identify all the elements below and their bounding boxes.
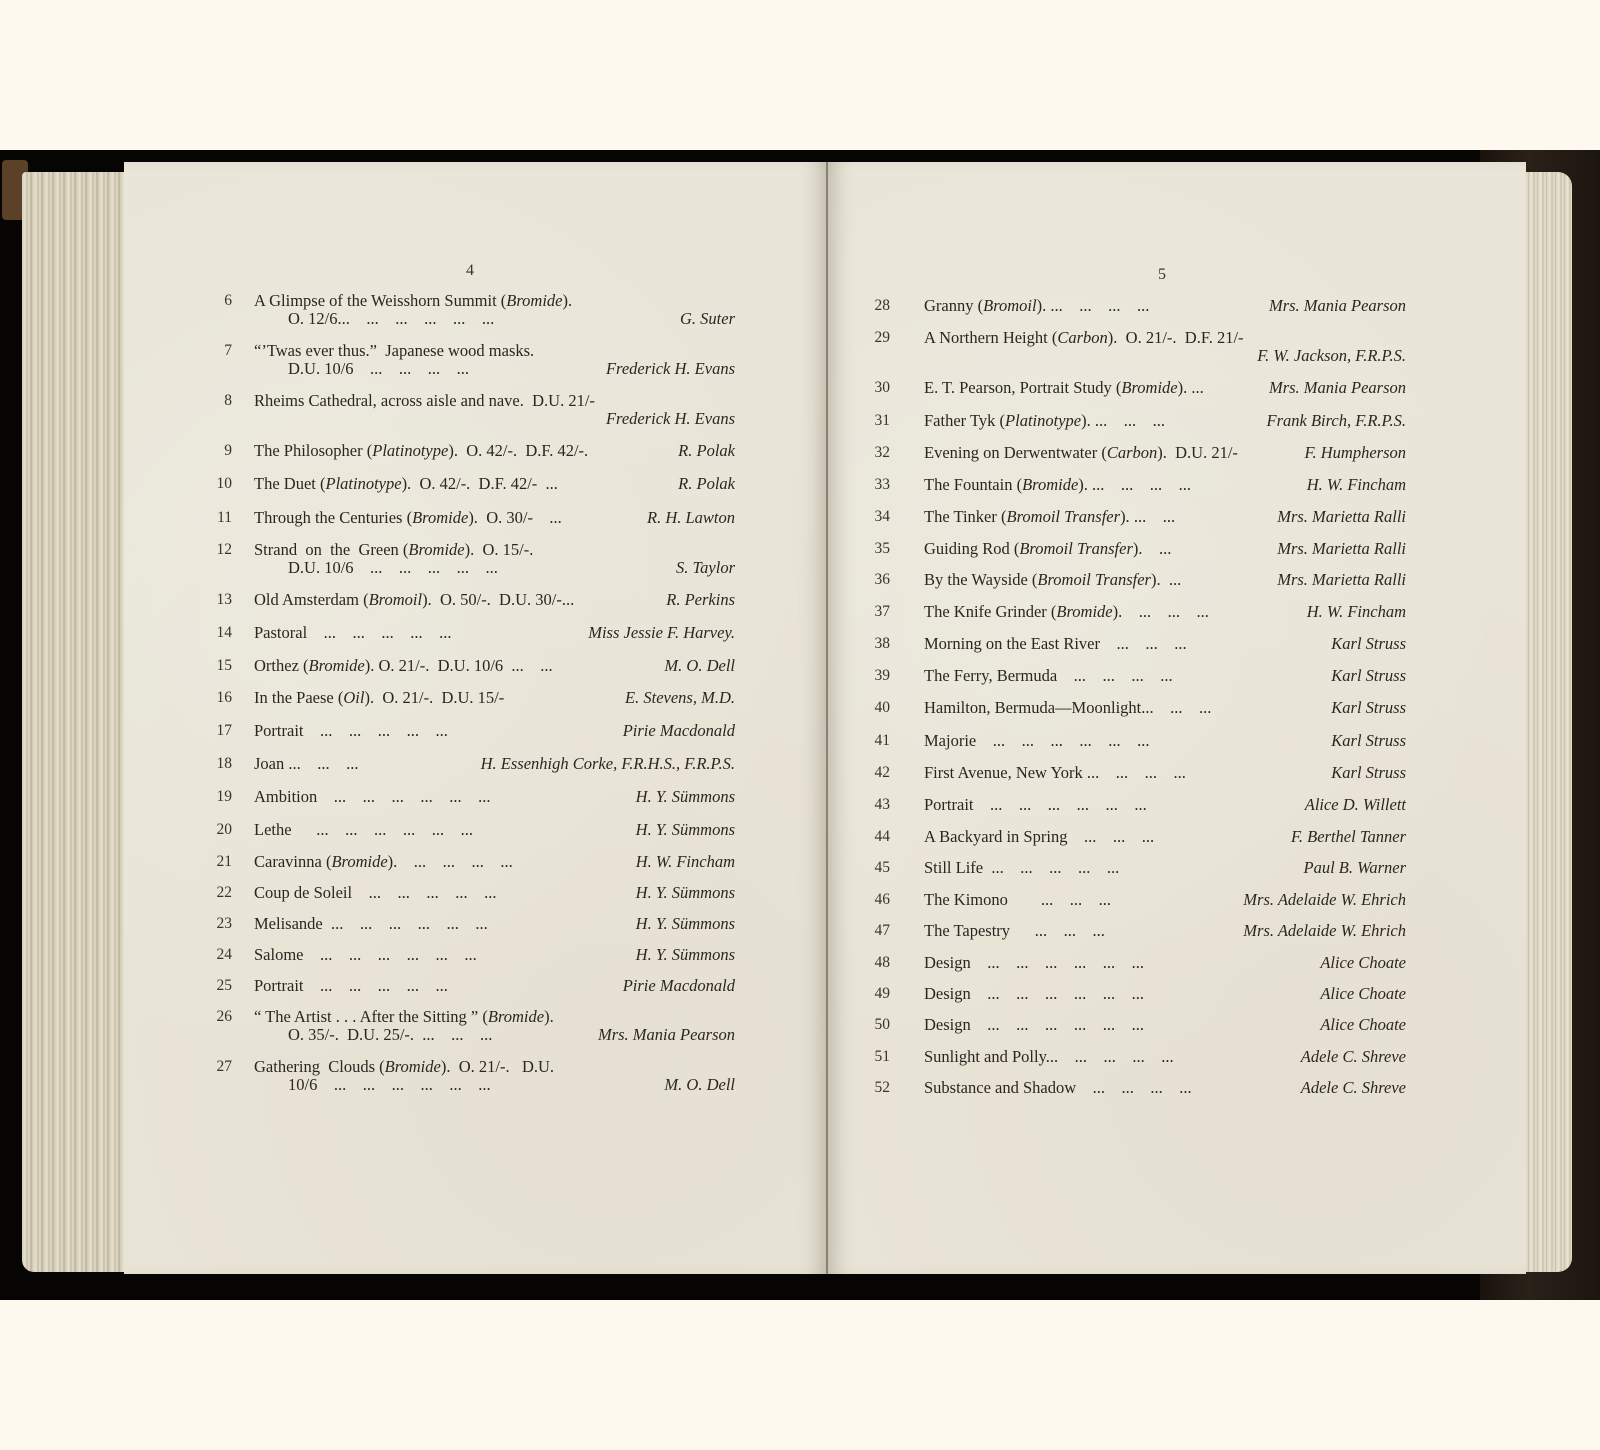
title-text: A Backyard in Spring ... ... ... <box>924 827 1154 846</box>
process-type: Bromide <box>1022 475 1078 494</box>
artist-name: Karl Struss <box>1331 635 1406 653</box>
entry-title: First Avenue, New York ... ... ... ... <box>924 764 1186 782</box>
title-text: The Fountain <box>924 475 1012 494</box>
process-type: Bromide <box>412 508 468 527</box>
title-text: Sunlight and Polly... ... ... ... ... <box>924 1047 1174 1066</box>
entry-title: Gathering Clouds (Bromide). O. 21/-. D.U… <box>254 1058 554 1076</box>
entry-title: A Glimpse of the Weisshorn Summit (Bromi… <box>254 292 572 310</box>
entry-title: Old Amsterdam (Bromoil). O. 50/-. D.U. 3… <box>254 591 574 609</box>
entry-title: Granny (Bromoil). ... ... ... ... <box>924 297 1149 315</box>
artist-name: F. Humpherson <box>1305 444 1406 462</box>
process-type: Platinotype <box>1005 411 1081 430</box>
entry-number: 28 <box>864 297 890 315</box>
artist-name: H. Y. Sümmons <box>636 821 735 839</box>
entry-title: Salome ... ... ... ... ... ... <box>254 946 477 964</box>
page-edges-left <box>22 172 128 1272</box>
artist-name: H. W. Fincham <box>1307 603 1406 621</box>
price-info: O. 15/-. <box>474 540 533 559</box>
artist-name: R. Polak <box>678 442 735 460</box>
entry-number: 31 <box>864 412 890 430</box>
title-text: The Ferry, Bermuda ... ... ... ... <box>924 666 1173 685</box>
price-info: ... ... ... <box>1091 411 1165 430</box>
left-page: 4 6A Glimpse of the Weisshorn Summit (Br… <box>124 162 828 1274</box>
entry-number: 36 <box>864 571 890 589</box>
entry-title: Strand on the Green (Bromide). O. 15/-. <box>254 541 533 559</box>
artist-name: H. W. Fincham <box>636 853 735 871</box>
price-info: O. 21/-. D.U. 10/6 ... ... <box>374 656 552 675</box>
artist-name: R. Polak <box>678 475 735 493</box>
artist-name: Alice Choate <box>1320 954 1406 972</box>
artist-name: Frank Birch, F.R.P.S. <box>1267 412 1406 430</box>
title-text: The Philosopher <box>254 441 363 460</box>
price-info: O. 21/-. D.F. 21/- <box>1117 328 1243 347</box>
artist-name: M. O. Dell <box>664 657 735 675</box>
catalogue-entry: 27Gathering Clouds (Bromide). O. 21/-. D… <box>206 1058 735 1098</box>
entry-number: 43 <box>864 796 890 814</box>
entry-title: Substance and Shadow ... ... ... ... <box>924 1079 1192 1097</box>
price-info: O. 50/-. D.U. 30/-... <box>432 590 575 609</box>
price-info: ... ... ... ... <box>397 852 513 871</box>
price-line: 10/6 ... ... ... ... ... ... <box>288 1076 491 1094</box>
price-info: O. 42/-. D.F. 42/-. <box>458 441 588 460</box>
entry-number: 33 <box>864 476 890 494</box>
entry-number: 20 <box>206 821 232 839</box>
title-text: Morning on the East River ... ... ... <box>924 634 1187 653</box>
entry-title: Evening on Derwentwater (Carbon). D.U. 2… <box>924 444 1238 462</box>
artist-name: Mrs. Mania Pearson <box>598 1026 735 1044</box>
title-text: Design ... ... ... ... ... ... <box>924 953 1144 972</box>
artist-name: Mrs. Marietta Ralli <box>1277 508 1406 526</box>
entry-title: Orthez (Bromide). O. 21/-. D.U. 10/6 ...… <box>254 657 553 675</box>
artist-name: H. Essenhigh Corke, F.R.H.S., F.R.P.S. <box>481 755 735 773</box>
process-type: Bromoil Transfer <box>1037 570 1151 589</box>
process-type: Bromide <box>408 540 464 559</box>
artist-name: Alice Choate <box>1320 1016 1406 1034</box>
entry-number: 51 <box>864 1048 890 1066</box>
entry-title: Still Life ... ... ... ... ... <box>924 859 1119 877</box>
title-text: Coup de Soleil ... ... ... ... ... <box>254 883 496 902</box>
page-number: 5 <box>1158 266 1166 284</box>
entry-title: Portrait ... ... ... ... ... ... <box>924 796 1147 814</box>
catalogue-entry: 8Rheims Cathedral, across aisle and nave… <box>206 392 735 432</box>
artist-name: Miss Jessie F. Harvey. <box>588 624 735 642</box>
process-type: Bromide <box>1056 602 1112 621</box>
artist-name: Mrs. Mania Pearson <box>1269 379 1406 397</box>
artist-name: Pirie Macdonald <box>623 722 735 740</box>
artist-name: Karl Struss <box>1331 667 1406 685</box>
process-type: Bromoil Transfer <box>1007 507 1121 526</box>
price-info: ... <box>1161 570 1182 589</box>
entry-number: 47 <box>864 922 890 940</box>
page-number: 4 <box>466 262 474 280</box>
artist-name: E. Stevens, M.D. <box>625 689 735 707</box>
entry-number: 25 <box>206 977 232 995</box>
entry-number: 34 <box>864 508 890 526</box>
artist-name: M. O. Dell <box>664 1076 735 1094</box>
title-text: Granny <box>924 296 973 315</box>
entry-title: Coup de Soleil ... ... ... ... ... <box>254 884 496 902</box>
entry-number: 38 <box>864 635 890 653</box>
entry-number: 23 <box>206 915 232 933</box>
title-text: Majorie ... ... ... ... ... ... <box>924 731 1149 750</box>
process-type: Carbon <box>1057 328 1107 347</box>
entry-title: Pastoral ... ... ... ... ... <box>254 624 452 642</box>
entry-title: The Knife Grinder (Bromide). ... ... ... <box>924 603 1209 621</box>
process-type: Platinotype <box>372 441 448 460</box>
title-text: The Tinker <box>924 507 997 526</box>
process-type: Bromide <box>506 291 562 310</box>
artist-name: Karl Struss <box>1331 699 1406 717</box>
artist-name: H. Y. Sümmons <box>636 915 735 933</box>
entry-title: “ The Artist . . . After the Sitting ” (… <box>254 1008 554 1026</box>
entry-number: 24 <box>206 946 232 964</box>
title-text: Design ... ... ... ... ... ... <box>924 1015 1144 1034</box>
price-info: O. 42/-. D.F. 42/- ... <box>411 474 558 493</box>
entry-title: Joan ... ... ... <box>254 755 359 773</box>
price-info: ... ... ... ... <box>1088 475 1191 494</box>
title-text: Still Life ... ... ... ... ... <box>924 858 1119 877</box>
entry-title: Hamilton, Bermuda—Moonlight... ... ... <box>924 699 1211 717</box>
artist-name: F. Berthel Tanner <box>1291 828 1406 846</box>
artist-name: Paul B. Warner <box>1303 859 1406 877</box>
entry-number: 40 <box>864 699 890 717</box>
entry-title: A Northern Height (Carbon). O. 21/-. D.F… <box>924 329 1244 347</box>
title-text: Lethe ... ... ... ... ... ... <box>254 820 473 839</box>
entry-title: Design ... ... ... ... ... ... <box>924 1016 1144 1034</box>
price-line: O. 35/-. D.U. 25/-. ... ... ... <box>288 1026 492 1044</box>
price-line: O. 12/6... ... ... ... ... ... <box>288 310 494 328</box>
title-text: Rheims Cathedral, across aisle and nave.… <box>254 391 595 410</box>
entry-title: Rheims Cathedral, across aisle and nave.… <box>254 392 595 410</box>
catalogue-entry: 26“ The Artist . . . After the Sitting ”… <box>206 1008 735 1048</box>
entry-number: 14 <box>206 624 232 642</box>
title-text: Strand on the Green <box>254 540 399 559</box>
title-text: Old Amsterdam <box>254 590 359 609</box>
price-info: ... ... ... <box>1122 602 1209 621</box>
title-text: Portrait ... ... ... ... ... ... <box>924 795 1147 814</box>
title-text: A Glimpse of the Weisshorn Summit <box>254 291 497 310</box>
title-text: Hamilton, Bermuda—Moonlight... ... ... <box>924 698 1211 717</box>
entry-number: 18 <box>206 755 232 773</box>
entry-title: Design ... ... ... ... ... ... <box>924 954 1144 972</box>
title-text: Gathering Clouds <box>254 1057 375 1076</box>
title-text: First Avenue, New York ... ... ... ... <box>924 763 1186 782</box>
price-info: O. 30/- ... <box>478 508 562 527</box>
entry-title: The Ferry, Bermuda ... ... ... ... <box>924 667 1173 685</box>
price-info: ... ... ... ... <box>1046 296 1149 315</box>
title-text: Design ... ... ... ... ... ... <box>924 984 1144 1003</box>
process-type: Bromide <box>331 852 387 871</box>
title-text: Joan ... ... ... <box>254 754 359 773</box>
artist-name: Mrs. Mania Pearson <box>1269 297 1406 315</box>
page-edges-right <box>1520 172 1572 1272</box>
entry-title: Portrait ... ... ... ... ... <box>254 722 448 740</box>
entry-number: 29 <box>864 329 890 347</box>
artist-name: Mrs. Adelaide W. Ehrich <box>1243 922 1406 940</box>
artist-name: Alice D. Willett <box>1305 796 1406 814</box>
artist-name: Alice Choate <box>1320 985 1406 1003</box>
artist-name: Frederick H. Evans <box>606 360 735 378</box>
entry-title: The Tinker (Bromoil Transfer). ... ... <box>924 508 1175 526</box>
entry-number: 7 <box>206 342 232 360</box>
entry-title: Lethe ... ... ... ... ... ... <box>254 821 473 839</box>
entry-number: 11 <box>206 509 232 527</box>
entry-number: 42 <box>864 764 890 782</box>
catalogue-entry: 6A Glimpse of the Weisshorn Summit (Brom… <box>206 292 735 332</box>
artist-name: Frederick H. Evans <box>606 410 735 428</box>
entry-title: Guiding Rod (Bromoil Transfer). ... <box>924 540 1171 558</box>
process-type: Bromide <box>488 1007 544 1026</box>
artist-name: Karl Struss <box>1331 764 1406 782</box>
process-type: Bromoil <box>983 296 1036 315</box>
title-text: Orthez <box>254 656 299 675</box>
title-text: Through the Centuries <box>254 508 402 527</box>
title-text: The Kimono ... ... ... <box>924 890 1111 909</box>
title-text: Portrait ... ... ... ... ... <box>254 976 448 995</box>
artist-name: R. H. Lawton <box>647 509 735 527</box>
entry-number: 19 <box>206 788 232 806</box>
artist-name: G. Suter <box>680 310 735 328</box>
title-text: Melisande ... ... ... ... ... ... <box>254 914 488 933</box>
artist-name: F. W. Jackson, F.R.P.S. <box>1257 347 1406 365</box>
entry-number: 13 <box>206 591 232 609</box>
title-text: The Duet <box>254 474 316 493</box>
entry-number: 12 <box>206 541 232 559</box>
entry-title: In the Paese (Oil). O. 21/-. D.U. 15/- <box>254 689 504 707</box>
process-type: Bromoil Transfer <box>1019 539 1133 558</box>
entry-title: The Tapestry ... ... ... <box>924 922 1105 940</box>
entry-number: 41 <box>864 732 890 750</box>
title-text: The Knife Grinder <box>924 602 1047 621</box>
entry-title: Portrait ... ... ... ... ... <box>254 977 448 995</box>
entry-number: 15 <box>206 657 232 675</box>
title-text: Ambition ... ... ... ... ... ... <box>254 787 491 806</box>
title-text: Evening on Derwentwater <box>924 443 1097 462</box>
entry-number: 37 <box>864 603 890 621</box>
title-text: “’Twas ever thus.” Japanese wood masks. <box>254 341 534 360</box>
title-text: Salome ... ... ... ... ... ... <box>254 945 477 964</box>
entry-number: 48 <box>864 954 890 972</box>
entry-number: 16 <box>206 689 232 707</box>
entry-number: 32 <box>864 444 890 462</box>
artist-name: Karl Struss <box>1331 732 1406 750</box>
artist-name: Mrs. Marietta Ralli <box>1277 540 1406 558</box>
entry-number: 6 <box>206 292 232 310</box>
entry-title: Melisande ... ... ... ... ... ... <box>254 915 488 933</box>
entry-number: 45 <box>864 859 890 877</box>
title-text: Guiding Rod <box>924 539 1010 558</box>
title-text: A Northern Height <box>924 328 1048 347</box>
entry-number: 10 <box>206 475 232 493</box>
artist-name: S. Taylor <box>676 559 735 577</box>
entry-title: Sunlight and Polly... ... ... ... ... <box>924 1048 1174 1066</box>
entry-number: 52 <box>864 1079 890 1097</box>
entry-number: 50 <box>864 1016 890 1034</box>
artist-name: Pirie Macdonald <box>623 977 735 995</box>
entry-title: Design ... ... ... ... ... ... <box>924 985 1144 1003</box>
artist-name: R. Perkins <box>666 591 735 609</box>
title-text: “ The Artist . . . After the Sitting ” <box>254 1007 478 1026</box>
entry-title: A Backyard in Spring ... ... ... <box>924 828 1154 846</box>
price-info: D.U. 21/- <box>1167 443 1238 462</box>
artist-name: H. Y. Sümmons <box>636 788 735 806</box>
title-text: Caravinna <box>254 852 322 871</box>
price-line: D.U. 10/6 ... ... ... ... ... <box>288 559 498 577</box>
entry-title: Morning on the East River ... ... ... <box>924 635 1187 653</box>
title-text: Substance and Shadow ... ... ... ... <box>924 1078 1192 1097</box>
title-text: By the Wayside <box>924 570 1028 589</box>
title-text: Pastoral ... ... ... ... ... <box>254 623 452 642</box>
entry-title: The Duet (Platinotype). O. 42/-. D.F. 42… <box>254 475 558 493</box>
title-text: In the Paese <box>254 688 334 707</box>
entry-title: The Kimono ... ... ... <box>924 891 1111 909</box>
entry-number: 49 <box>864 985 890 1003</box>
price-info: ... ... <box>1130 507 1175 526</box>
title-text: Portrait ... ... ... ... ... <box>254 721 448 740</box>
process-type: Oil <box>343 688 364 707</box>
entry-title: By the Wayside (Bromoil Transfer). ... <box>924 571 1181 589</box>
artist-name: H. Y. Sümmons <box>636 946 735 964</box>
catalogue-entry: 29A Northern Height (Carbon). O. 21/-. D… <box>864 329 1406 369</box>
title-text: Father Tyk <box>924 411 995 430</box>
artist-name: Adele C. Shreve <box>1301 1079 1406 1097</box>
catalogue-entry: 12Strand on the Green (Bromide). O. 15/-… <box>206 541 735 581</box>
entry-title: The Philosopher (Platinotype). O. 42/-. … <box>254 442 588 460</box>
artist-name: H. W. Fincham <box>1307 476 1406 494</box>
entry-number: 22 <box>206 884 232 902</box>
entry-number: 26 <box>206 1008 232 1026</box>
artist-name: Mrs. Marietta Ralli <box>1277 571 1406 589</box>
catalogue-entry: 52Substance and Shadow ... ... ... ...Ad… <box>864 1079 1406 1119</box>
entry-number: 27 <box>206 1058 232 1076</box>
price-line: D.U. 10/6 ... ... ... ... <box>288 360 469 378</box>
entry-title: Through the Centuries (Bromide). O. 30/-… <box>254 509 562 527</box>
price-info: O. 21/-. D.U. 15/- <box>374 688 504 707</box>
artist-name: Adele C. Shreve <box>1301 1048 1406 1066</box>
entry-title: Caravinna (Bromide). ... ... ... ... <box>254 853 513 871</box>
entry-number: 44 <box>864 828 890 846</box>
entry-number: 30 <box>864 379 890 397</box>
process-type: Bromide <box>1121 378 1177 397</box>
price-info: ... <box>1187 378 1204 397</box>
entry-number: 46 <box>864 891 890 909</box>
process-type: Platinotype <box>325 474 401 493</box>
title-text: E. T. Pearson, Portrait Study <box>924 378 1112 397</box>
process-type: Bromide <box>309 656 365 675</box>
artist-name: H. Y. Sümmons <box>636 884 735 902</box>
right-page: 5 28Granny (Bromoil). ... ... ... ...Mrs… <box>826 162 1526 1274</box>
entry-number: 8 <box>206 392 232 410</box>
price-info: ... <box>1143 539 1172 558</box>
process-type: Carbon <box>1107 443 1157 462</box>
entry-title: E. T. Pearson, Portrait Study (Bromide).… <box>924 379 1204 397</box>
entry-number: 17 <box>206 722 232 740</box>
entry-title: Ambition ... ... ... ... ... ... <box>254 788 491 806</box>
entry-number: 35 <box>864 540 890 558</box>
title-text: The Tapestry ... ... ... <box>924 921 1105 940</box>
artist-name: Mrs. Adelaide W. Ehrich <box>1243 891 1406 909</box>
entry-number: 39 <box>864 667 890 685</box>
process-type: Bromoil <box>369 590 422 609</box>
entry-title: Majorie ... ... ... ... ... ... <box>924 732 1149 750</box>
entry-number: 21 <box>206 853 232 871</box>
entry-title: Father Tyk (Platinotype). ... ... ... <box>924 412 1165 430</box>
entry-title: “’Twas ever thus.” Japanese wood masks. <box>254 342 534 360</box>
entry-number: 9 <box>206 442 232 460</box>
price-info: O. 21/-. D.U. <box>450 1057 554 1076</box>
catalogue-entry: 7“’Twas ever thus.” Japanese wood masks.… <box>206 342 735 382</box>
process-type: Bromide <box>385 1057 441 1076</box>
entry-title: The Fountain (Bromide). ... ... ... ... <box>924 476 1191 494</box>
